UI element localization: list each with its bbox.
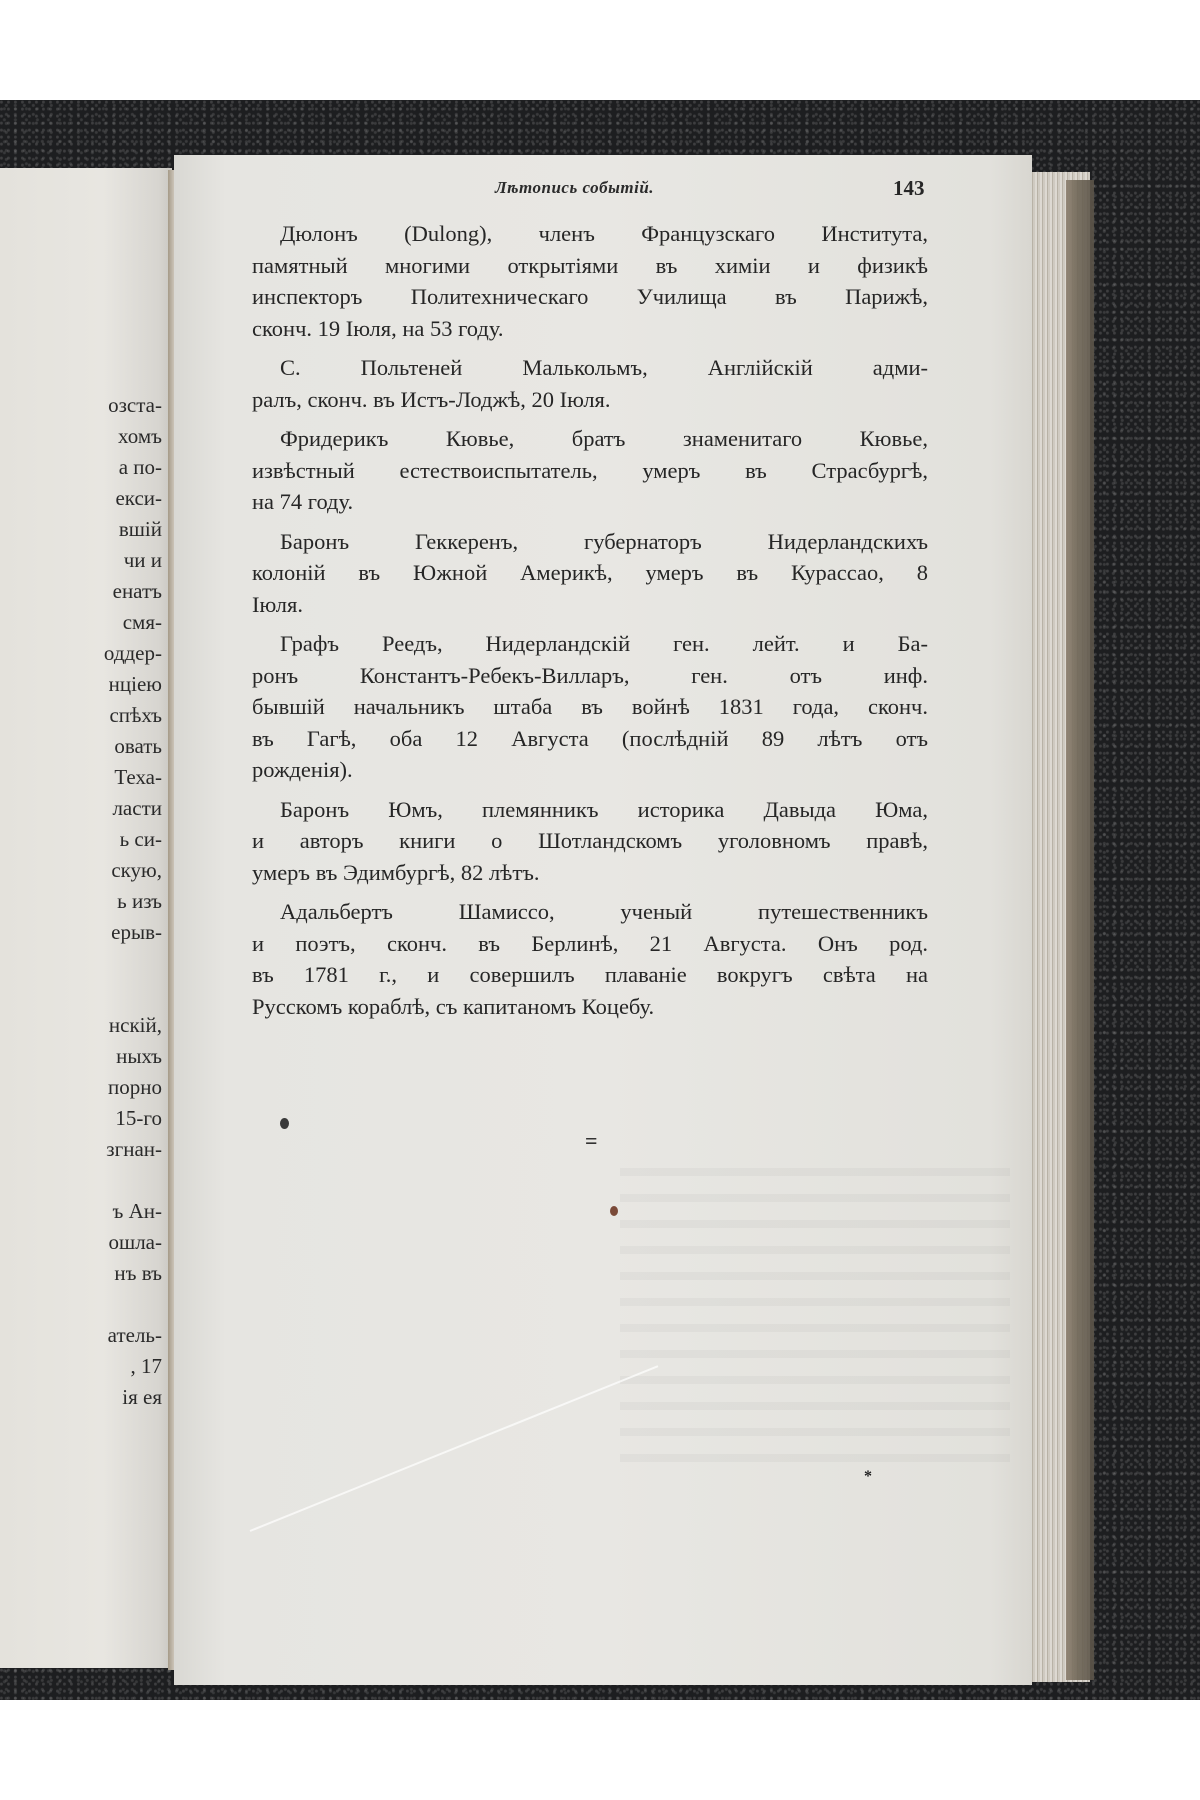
left-fragment-line — [0, 948, 162, 979]
left-fragment-line: Теха- — [0, 762, 162, 793]
text-line: сконч. 19 Іюля, на 53 году. — [252, 313, 928, 345]
text-line: извѣстный естествоиспытатель, умеръ въ С… — [252, 455, 928, 487]
left-fragment-line: овать — [0, 731, 162, 762]
left-fragment-line: ерыв- — [0, 917, 162, 948]
entry-hume: Баронъ Юмъ, племянникъ историка Давыда Ю… — [252, 794, 928, 889]
left-fragment-line: ласти — [0, 793, 162, 824]
left-fragment-line: екси- — [0, 483, 162, 514]
show-through-text — [620, 1150, 1010, 1480]
text-line: памятный многими открытіями въ химіи и ф… — [252, 250, 928, 282]
text-line: колоній въ Южной Америкѣ, умеръ въ Курас… — [252, 557, 928, 589]
left-page-text-fragments: озста- хомъ а по- екси- вшій чи и енатъ … — [0, 390, 162, 1413]
left-fragment-line: хомъ — [0, 421, 162, 452]
text-line: умеръ въ Эдимбургѣ, 82 лѣтъ. — [252, 857, 928, 889]
text-line: ралъ, сконч. въ Истъ-Лоджѣ, 20 Іюля. — [252, 384, 928, 416]
left-fragment-line: смя- — [0, 607, 162, 638]
left-fragment-line: озста- — [0, 390, 162, 421]
page-body: Дюлонъ (Dulong), членъ Французскаго Инст… — [252, 218, 928, 1030]
left-fragment-line: ія ея — [0, 1382, 162, 1413]
left-fragment-line: атель- — [0, 1320, 162, 1351]
left-fragment-line — [0, 979, 162, 1010]
left-fragment-line: нъ въ — [0, 1258, 162, 1289]
left-fragment-line: ь си- — [0, 824, 162, 855]
text-line: С. Польтеней Малькольмъ, Англійскій адми… — [252, 352, 928, 384]
text-line: бывшій начальникъ штаба въ войнѣ 1831 го… — [252, 691, 928, 723]
text-line: Дюлонъ (Dulong), членъ Французскаго Инст… — [252, 218, 928, 250]
entry-malcolm: С. Польтеней Малькольмъ, Англійскій адми… — [252, 352, 928, 415]
entry-chamisso: Адальбертъ Шамиссо, ученый путешественни… — [252, 896, 928, 1022]
text-line: на 74 году. — [252, 486, 928, 518]
text-line: ронъ Константъ-Ребекъ-Вилларъ, ген. отъ … — [252, 660, 928, 692]
text-line: и поэтъ, сконч. въ Берлинѣ, 21 Августа. … — [252, 928, 928, 960]
running-header: Лѣтопись событій. — [495, 178, 654, 198]
left-page: озста- хомъ а по- екси- вшій чи и енатъ … — [0, 168, 172, 1668]
left-fragment-line: нціею — [0, 669, 162, 700]
page-number: 143 — [893, 176, 925, 201]
left-fragment-line: порно — [0, 1072, 162, 1103]
text-line: въ Гагѣ, оба 12 Августа (послѣдній 89 лѣ… — [252, 723, 928, 755]
text-line: Фридерикъ Кювье, братъ знаменитаго Кювье… — [252, 423, 928, 455]
entry-reede-villar: Графъ Реедъ, Нидерландскій ген. лейт. и … — [252, 628, 928, 786]
left-fragment-line: чи и — [0, 545, 162, 576]
book-cover-edge — [1066, 180, 1094, 1680]
foxing-spot — [610, 1206, 618, 1216]
text-line: Адальбертъ Шамиссо, ученый путешественни… — [252, 896, 928, 928]
left-fragment-line: скую, — [0, 855, 162, 886]
text-line: и авторъ книги о Шотландскомъ уголовномъ… — [252, 825, 928, 857]
left-fragment-line: ныхъ — [0, 1041, 162, 1072]
left-fragment-line: 15-го — [0, 1103, 162, 1134]
left-fragment-line: нскій, — [0, 1010, 162, 1041]
text-line: рожденія). — [252, 754, 928, 786]
entry-heeckeren: Баронъ Геккеренъ, губернаторъ Нидерландс… — [252, 526, 928, 621]
left-fragment-line: оддер- — [0, 638, 162, 669]
text-line: Іюля. — [252, 589, 928, 621]
left-fragment-line: енатъ — [0, 576, 162, 607]
text-line: Графъ Реедъ, Нидерландскій ген. лейт. и … — [252, 628, 928, 660]
entry-dulong: Дюлонъ (Dulong), членъ Французскаго Инст… — [252, 218, 928, 344]
text-line: Баронъ Геккеренъ, губернаторъ Нидерландс… — [252, 526, 928, 558]
ink-spot — [280, 1118, 289, 1129]
left-fragment-line — [0, 1165, 162, 1196]
left-fragment-line: ъ Ан- — [0, 1196, 162, 1227]
footer-mark: * — [864, 1468, 872, 1486]
entry-cuvier: Фридерикъ Кювье, братъ знаменитаго Кювье… — [252, 423, 928, 518]
left-fragment-line: вшій — [0, 514, 162, 545]
text-line: инспекторъ Политехническаго Училища въ П… — [252, 281, 928, 313]
text-line: Баронъ Юмъ, племянникъ историка Давыда Ю… — [252, 794, 928, 826]
left-fragment-line: ошла- — [0, 1227, 162, 1258]
left-fragment-line: ь изъ — [0, 886, 162, 917]
text-line: Русскомъ кораблѣ, съ капитаномъ Коцебу. — [252, 991, 928, 1023]
left-fragment-line: а по- — [0, 452, 162, 483]
left-fragment-line: згнан- — [0, 1134, 162, 1165]
text-line: въ 1781 г., и совершилъ плаваніе вокругъ… — [252, 959, 928, 991]
left-fragment-line: спѣхъ — [0, 700, 162, 731]
left-fragment-line — [0, 1289, 162, 1320]
end-separator: = — [585, 1128, 598, 1154]
left-fragment-line: , 17 — [0, 1351, 162, 1382]
